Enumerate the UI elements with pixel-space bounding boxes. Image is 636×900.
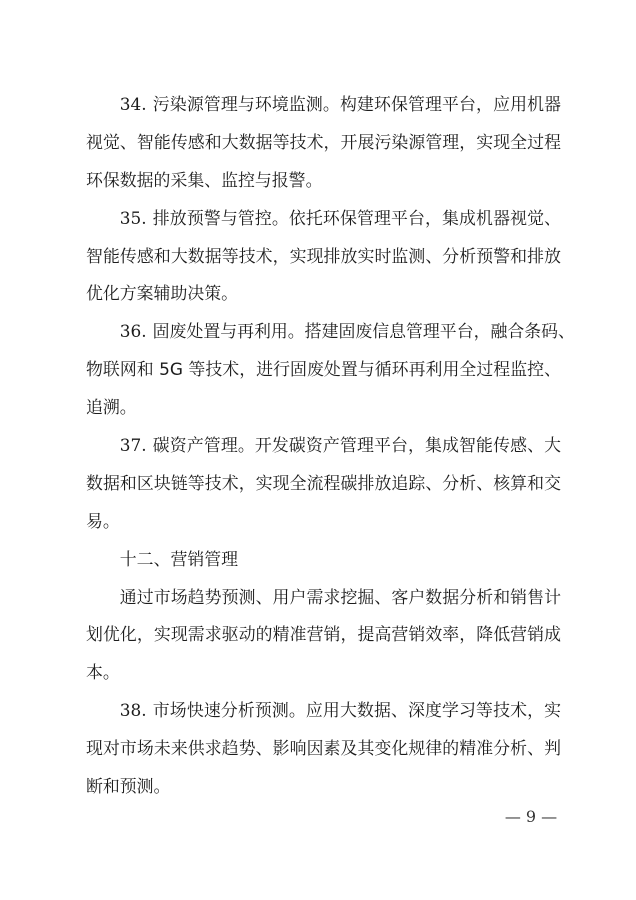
document-body: 34.污染源管理与环境监测。构建环保管理平台，应用机器 视觉、智能传感和大数据等… — [86, 86, 561, 806]
item-text: 排放预警与管控。依托环保管理平台，集成机器视觉、 — [153, 208, 561, 228]
paragraph-line: 本。 — [86, 654, 561, 692]
paragraph-line: 追溯。 — [86, 389, 561, 427]
item-number: 37. — [120, 435, 147, 455]
paragraph-line: 优化方案辅助决策。 — [86, 275, 561, 313]
item-text: 市场快速分析预测。应用大数据、深度学习等技术，实 — [153, 700, 561, 720]
item-number: 35. — [120, 208, 147, 228]
paragraph-item-36: 36.固废处置与再利用。搭建固废信息管理平台，融合条码、 物联网和 5G 等技术… — [86, 313, 561, 427]
document-page: 34.污染源管理与环境监测。构建环保管理平台，应用机器 视觉、智能传感和大数据等… — [0, 0, 636, 900]
paragraph-line: 35.排放预警与管控。依托环保管理平台，集成机器视觉、 — [86, 200, 561, 238]
paragraph-item-37: 37.碳资产管理。开发碳资产管理平台，集成智能传感、大 数据和区块链等技术，实现… — [86, 427, 561, 541]
paragraph-line: 环保数据的采集、监控与报警。 — [86, 162, 561, 200]
paragraph-line: 34.污染源管理与环境监测。构建环保管理平台，应用机器 — [86, 86, 561, 124]
paragraph-line: 视觉、智能传感和大数据等技术，开展污染源管理，实现全过程 — [86, 124, 561, 162]
item-number: 36. — [120, 321, 147, 341]
paragraph-line: 易。 — [86, 503, 561, 541]
paragraph-line: 数据和区块链等技术，实现全流程碳排放追踪、分析、核算和交 — [86, 465, 561, 503]
paragraph-line: 划优化，实现需求驱动的精准营销，提高营销效率，降低营销成 — [86, 616, 561, 654]
item-number: 38. — [120, 700, 147, 720]
paragraph-line: 36.固废处置与再利用。搭建固废信息管理平台，融合条码、 — [86, 313, 561, 351]
item-text: 污染源管理与环境监测。构建环保管理平台，应用机器 — [153, 94, 561, 114]
section-heading-text: 十二、营销管理 — [86, 541, 561, 579]
paragraph-line: 物联网和 5G 等技术，进行固废处置与循环再利用全过程监控、 — [86, 351, 561, 389]
paragraph-line: 现对市场未来供求趋势、影响因素及其变化规律的精准分析、判 — [86, 730, 561, 768]
paragraph-line: 通过市场趋势预测、用户需求挖掘、客户数据分析和销售计 — [86, 579, 561, 617]
paragraph-line: 38.市场快速分析预测。应用大数据、深度学习等技术，实 — [86, 692, 561, 730]
paragraph-line: 37.碳资产管理。开发碳资产管理平台，集成智能传感、大 — [86, 427, 561, 465]
section-intro-paragraph: 通过市场趋势预测、用户需求挖掘、客户数据分析和销售计 划优化，实现需求驱动的精准… — [86, 579, 561, 693]
item-number: 34. — [120, 94, 147, 114]
paragraph-item-34: 34.污染源管理与环境监测。构建环保管理平台，应用机器 视觉、智能传感和大数据等… — [86, 86, 561, 200]
paragraph-line: 断和预测。 — [86, 768, 561, 806]
paragraph-item-38: 38.市场快速分析预测。应用大数据、深度学习等技术，实 现对市场未来供求趋势、影… — [86, 692, 561, 806]
page-number: — 9 — — [500, 805, 562, 829]
item-text: 固废处置与再利用。搭建固废信息管理平台，融合条码、 — [153, 321, 575, 341]
paragraph-item-35: 35.排放预警与管控。依托环保管理平台，集成机器视觉、 智能传感和大数据等技术，… — [86, 200, 561, 314]
paragraph-line: 智能传感和大数据等技术，实现排放实时监测、分析预警和排放 — [86, 238, 561, 276]
item-text: 碳资产管理。开发碳资产管理平台，集成智能传感、大 — [153, 435, 561, 455]
section-heading: 十二、营销管理 — [86, 541, 561, 579]
